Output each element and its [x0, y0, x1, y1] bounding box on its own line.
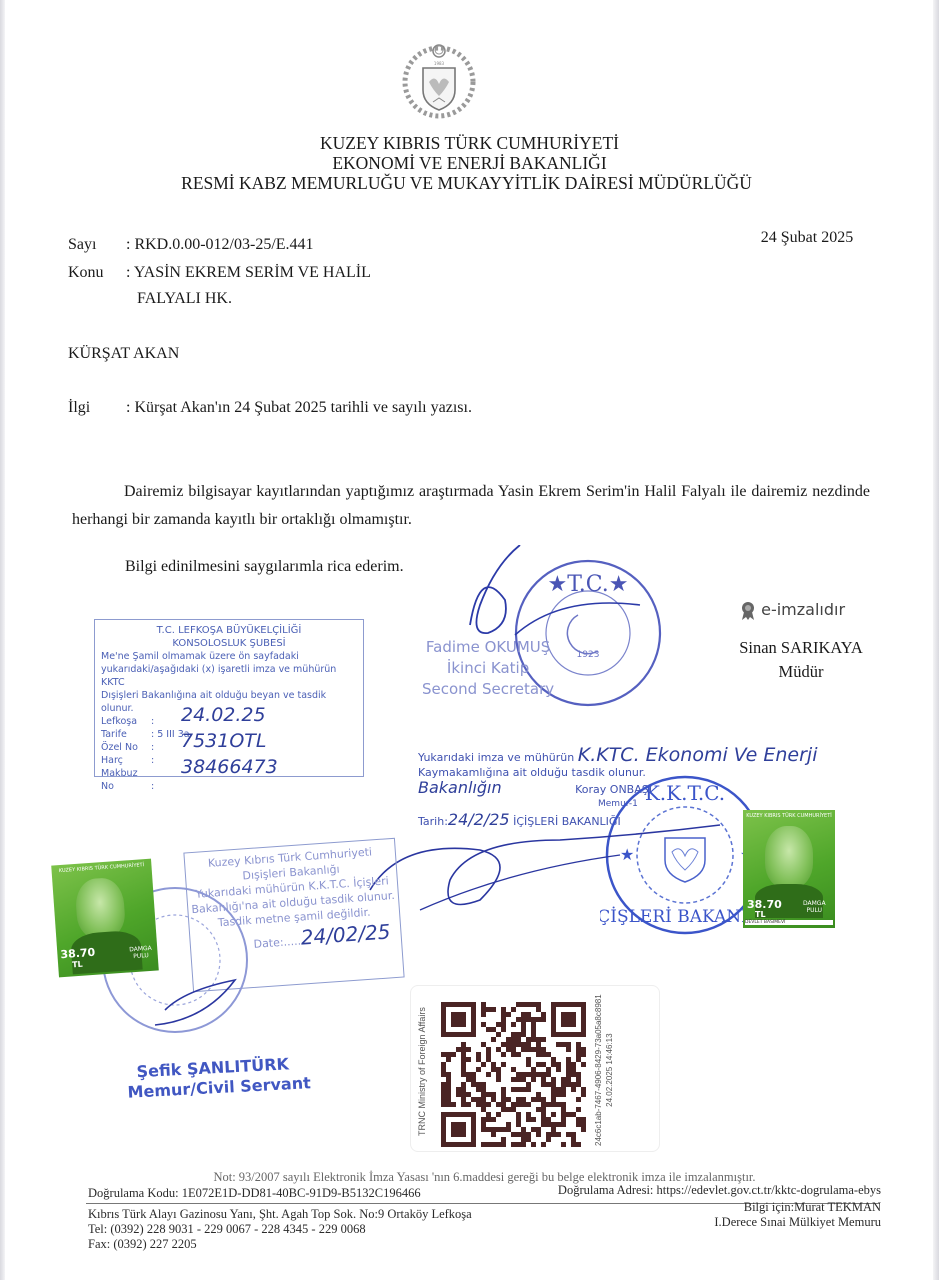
svg-text:★T.C.★: ★T.C.★	[548, 572, 629, 597]
signatory-name: Sinan SARIKAYA	[728, 636, 874, 660]
info-title: I.Derece Sınai Mülkiyet Memuru	[714, 1215, 881, 1230]
footer-address: Kıbrıs Türk Alayı Gazinosu Yanı, Şht. Ag…	[88, 1207, 472, 1222]
e-signature-text: e-imzalıdır	[761, 600, 845, 619]
recipient-name: KÜRŞAT AKAN	[68, 343, 179, 365]
reference-value: : RKD.0.00-012/03-25/E.441	[126, 236, 314, 253]
reference-label: Sayı	[68, 234, 126, 256]
qr-code-icon[interactable]	[441, 1002, 586, 1147]
footer-fax: Fax: (0392) 227 2205	[88, 1237, 472, 1252]
interior-cert-handwritten-2: Bakanlığın	[418, 778, 502, 797]
related-label: İlgi	[68, 397, 126, 419]
footer-tel: Tel: (0392) 228 9031 - 229 0067 - 228 43…	[88, 1222, 472, 1237]
svg-text:1923: 1923	[577, 650, 600, 660]
body-paragraph-2: Bilgi edinilmesini saygılarımla rica ede…	[125, 553, 404, 581]
handwritten-signature-icon	[360, 800, 740, 920]
related-value: : Kürşat Akan'ın 24 Şubat 2025 tarihli v…	[126, 399, 472, 416]
verification-code: Doğrulama Kodu: 1E072E1D-DD81-40BC-91D9-…	[88, 1186, 421, 1201]
consulate-row-printed: :	[151, 755, 154, 766]
body-paragraph-1: Dairemiz bilgisayar kayıtlarından yaptığ…	[72, 478, 870, 534]
svg-text:1983: 1983	[434, 61, 445, 66]
footer-info: Bilgi için:Murat TEKMAN I.Derece Sınai M…	[714, 1200, 881, 1230]
consulate-row-handwritten: 24.02.25	[181, 709, 266, 722]
consulate-row-printed: :	[151, 716, 154, 727]
revenue-stamp-2: KUZEY KIBRIS TÜRK CUMHURİYETİ 38.70 TL D…	[743, 810, 835, 928]
consulate-title-1: T.C. LEFKOŞA BÜYÜKELÇİLİĞİ	[101, 624, 357, 637]
header-line-directorate: RESMİ KABZ MEMURLUĞU VE MUKAYYİTLİK DAİR…	[0, 173, 939, 193]
consulate-certification-stamp: T.C. LEFKOŞA BÜYÜKELÇİLİĞİ KONSOLOSLUK Ş…	[94, 619, 364, 777]
kktc-coat-of-arms-icon: 1983	[397, 38, 481, 122]
interior-cert-handwritten-1: K.KTC. Ekonomi Ve Enerji	[578, 744, 818, 766]
qr-issuer: TRNC Ministry of Foreign Affairs	[417, 1007, 427, 1136]
related-row: İlgi: Kürşat Akan'ın 24 Şubat 2025 tarih…	[68, 397, 472, 419]
consulate-text-1: Me'ne Şamil olmamak üzere ön sayfadaki	[101, 650, 357, 663]
second-secretary-block: Fadime OKUMUŞ İkinci Katip Second Secret…	[422, 637, 554, 700]
fa-date-label: Date:.....	[253, 935, 301, 951]
revenue-stamp-1: KUZEY KIBRIS TÜRK CUMHURİYETİ 38.70 TL D…	[51, 859, 159, 978]
second-secretary-title-en: Second Secretary	[422, 679, 554, 700]
consulate-row: Özel No:7531OTL	[101, 741, 357, 754]
consulate-row-label: Tarife	[101, 728, 151, 741]
portrait-icon	[765, 826, 813, 888]
second-secretary-title-tr: İkinci Katip	[422, 658, 554, 679]
consulate-row: Lefkoşa:24.02.25	[101, 715, 357, 728]
qr-timestamp: 24.02.2025 14:46:13	[604, 994, 615, 1146]
consulate-text-2: yukarıdaki/aşağıdaki (x) işaretli imza v…	[101, 663, 357, 689]
e-signature-badge: e-imzalıdır	[740, 600, 845, 621]
qr-code-text: 24c6c1ab-7467-4906-8429-73a05a8c8981 24.…	[593, 994, 615, 1146]
header-line-republic: KUZEY KIBRIS TÜRK CUMHURİYETİ	[0, 133, 939, 153]
consulate-row-label: Lefkoşa	[101, 715, 151, 728]
consulate-row: Makbuz No:38466473	[101, 767, 357, 780]
consulate-rows: Lefkoşa:24.02.25Tarife: 5 III 3aÖzel No:…	[101, 715, 357, 780]
civil-servant-block: Şefik ŞANLITÜRK Memur/Civil Servant	[126, 1053, 311, 1103]
signatory-block: Sinan SARIKAYA Müdür	[728, 636, 874, 684]
ribbon-award-icon	[740, 601, 756, 621]
document-date: 24 Şubat 2025	[761, 227, 853, 249]
consulate-row-printed: :	[151, 781, 154, 792]
subject-value-2: FALYALI HK.	[137, 288, 232, 310]
fa-date-handwritten: 24/02/25	[300, 919, 391, 949]
consulate-row-label: Makbuz No	[101, 767, 151, 793]
signatory-title: Müdür	[728, 660, 874, 684]
subject-value-1: : YASİN EKREM SERİM VE HALİL	[126, 264, 371, 281]
second-secretary-name: Fadime OKUMUŞ	[422, 637, 554, 658]
consulate-row-label: Özel No	[101, 741, 151, 754]
letterhead: KUZEY KIBRIS TÜRK CUMHURİYETİ EKONOMİ VE…	[0, 133, 939, 193]
qr-verification-block: TRNC Ministry of Foreign Affairs 24c6c1a…	[410, 985, 660, 1152]
subject-label: Konu	[68, 262, 126, 284]
header-line-ministry: EKONOMİ VE ENERJİ BAKANLIĞI	[0, 153, 939, 173]
embassy-seal-area: ★T.C.★ 1923 Fadime OKUMUŞ İkinci Katip S…	[410, 545, 670, 715]
interior-cert-line1: Yukarıdaki imza ve mühürün	[418, 751, 574, 764]
qr-code-id: 24c6c1ab-7467-4906-8429-73a05a8c8981	[593, 994, 604, 1146]
consulate-row-handwritten: 7531OTL	[181, 735, 267, 748]
verification-address-link[interactable]: Doğrulama Adresi: https://edevlet.gov.ct…	[558, 1183, 881, 1198]
consulate-row-label: Harç	[101, 754, 151, 767]
consulate-row-handwritten: 38466473	[181, 761, 278, 774]
reference-number-row: Sayı: RKD.0.00-012/03-25/E.441	[68, 234, 314, 256]
consulate-title-2: KONSOLOSLUK ŞUBESİ	[101, 637, 357, 650]
footer-contact: Kıbrıs Türk Alayı Gazinosu Yanı, Şht. Ag…	[88, 1207, 472, 1252]
info-contact: Bilgi için:Murat TEKMAN	[714, 1200, 881, 1215]
subject-row: Konu: YASİN EKREM SERİM VE HALİL	[68, 262, 371, 284]
consulate-row-printed: :	[151, 742, 154, 753]
portrait-icon	[74, 877, 126, 940]
